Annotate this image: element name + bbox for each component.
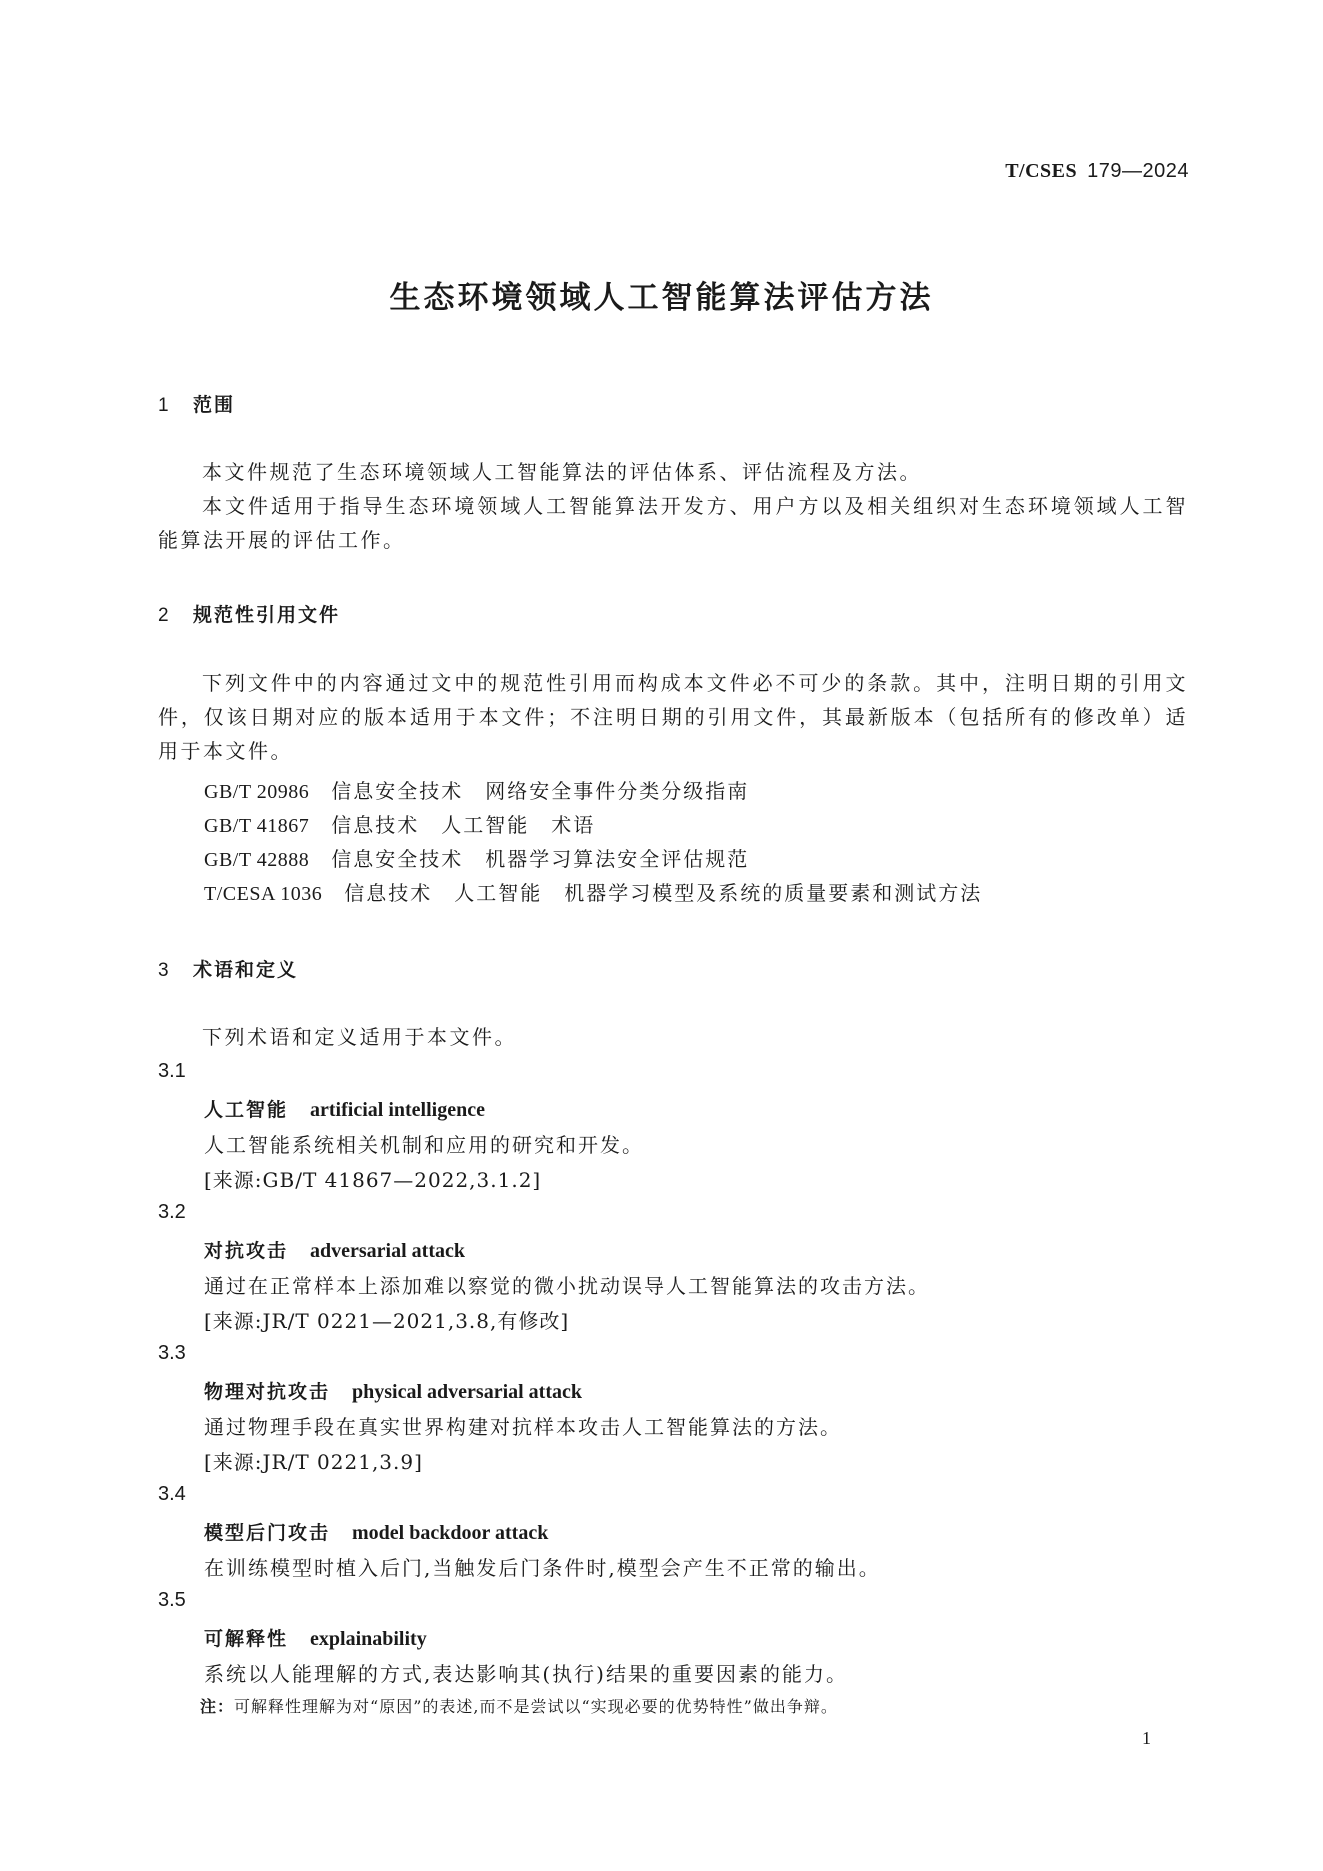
page-number: 1 <box>1142 1728 1151 1749</box>
reference-code: GB/T 20986 <box>204 781 309 803</box>
term-note: 注：可解释性理解为对“原因”的表述,而不是尝试以“实现必要的优势特性”做出争辩。 <box>200 1694 838 1717</box>
paragraph: 下列文件中的内容通过文中的规范性引用而构成本文件必不可少的条款。其中，注明日期的… <box>158 666 1188 768</box>
term-name-en: physical adversarial attack <box>352 1381 582 1403</box>
reference-code: GB/T 42888 <box>204 849 309 871</box>
term-definition: 在训练模型时植入后门,当触发后门条件时,模型会产生不正常的输出。 <box>204 1552 881 1581</box>
standard-code-prefix: T/CSES <box>1005 160 1077 182</box>
term-definition: 人工智能系统相关机制和应用的研究和开发。 <box>204 1129 644 1158</box>
term-number: 3.4 <box>158 1483 186 1506</box>
term-name-zh: 对抗攻击 <box>204 1240 288 1262</box>
term-name: 可解释性explainability <box>204 1624 427 1651</box>
paragraph: 下列术语和定义适用于本文件。 <box>158 1020 1188 1054</box>
term-source: [来源:JR/T 0221—2021,3.8,有修改] <box>204 1305 569 1334</box>
section-heading-normative-references: 2规范性引用文件 <box>158 600 340 627</box>
term-definition: 通过在正常样本上添加难以察觉的微小扰动误导人工智能算法的攻击方法。 <box>204 1270 930 1299</box>
section-number: 2 <box>158 605 193 627</box>
term-number: 3.2 <box>158 1201 186 1224</box>
term-number: 3.3 <box>158 1342 186 1365</box>
term-source: [来源:JR/T 0221,3.9] <box>204 1446 423 1475</box>
term-name: 物理对抗攻击physical adversarial attack <box>204 1377 582 1404</box>
reference-code: GB/T 41867 <box>204 815 309 837</box>
standard-code-number: 179—2024 <box>1087 160 1189 182</box>
reference-item: GB/T 41867 信息技术 人工智能 术语 <box>204 809 595 838</box>
document-title: 生态环境领域人工智能算法评估方法 <box>0 272 1323 317</box>
section-title: 术语和定义 <box>193 959 298 981</box>
term-number: 3.1 <box>158 1060 186 1083</box>
term-name: 人工智能artificial intelligence <box>204 1095 485 1122</box>
section-number: 1 <box>158 395 193 417</box>
term-name-en: explainability <box>310 1628 427 1650</box>
reference-title: 信息技术 人工智能 术语 <box>331 813 595 837</box>
reference-item: GB/T 20986 信息安全技术 网络安全事件分类分级指南 <box>204 775 749 804</box>
section-heading-terms: 3术语和定义 <box>158 955 298 982</box>
reference-title: 信息技术 人工智能 机器学习模型及系统的质量要素和测试方法 <box>344 881 982 905</box>
term-definition: 系统以人能理解的方式,表达影响其(执行)结果的重要因素的能力。 <box>204 1658 848 1687</box>
reference-item: T/CESA 1036 信息技术 人工智能 机器学习模型及系统的质量要素和测试方… <box>204 877 982 906</box>
term-name-en: adversarial attack <box>310 1240 465 1262</box>
document-page: T/CSES179—2024 生态环境领域人工智能算法评估方法 1范围 本文件规… <box>0 0 1323 1871</box>
reference-code: T/CESA 1036 <box>204 883 322 905</box>
standard-code: T/CSES179—2024 <box>1005 158 1189 183</box>
note-text: 可解释性理解为对“原因”的表述,而不是尝试以“实现必要的优势特性”做出争辩。 <box>234 1697 838 1716</box>
term-name-zh: 人工智能 <box>204 1099 288 1121</box>
term-name-zh: 物理对抗攻击 <box>204 1381 330 1403</box>
term-source: [来源:GB/T 41867—2022,3.1.2] <box>204 1164 541 1193</box>
term-name: 对抗攻击adversarial attack <box>204 1236 465 1263</box>
term-number: 3.5 <box>158 1589 186 1612</box>
reference-item: GB/T 42888 信息安全技术 机器学习算法安全评估规范 <box>204 843 749 872</box>
term-name-zh: 可解释性 <box>204 1628 288 1650</box>
term-name: 模型后门攻击model backdoor attack <box>204 1518 548 1545</box>
note-label: 注： <box>200 1697 234 1716</box>
reference-title: 信息安全技术 网络安全事件分类分级指南 <box>331 779 749 803</box>
section-title: 范围 <box>193 394 235 416</box>
paragraph: 本文件规范了生态环境领域人工智能算法的评估体系、评估流程及方法。 <box>158 455 1188 489</box>
term-name-en: artificial intelligence <box>310 1099 485 1121</box>
term-definition: 通过物理手段在真实世界构建对抗样本攻击人工智能算法的方法。 <box>204 1411 842 1440</box>
term-name-en: model backdoor attack <box>352 1522 548 1544</box>
section-title: 规范性引用文件 <box>193 604 340 626</box>
term-name-zh: 模型后门攻击 <box>204 1522 330 1544</box>
paragraph: 本文件适用于指导生态环境领域人工智能算法开发方、用户方以及相关组织对生态环境领域… <box>158 489 1188 557</box>
section-number: 3 <box>158 960 193 982</box>
section-heading-scope: 1范围 <box>158 390 235 417</box>
reference-title: 信息安全技术 机器学习算法安全评估规范 <box>331 847 749 871</box>
